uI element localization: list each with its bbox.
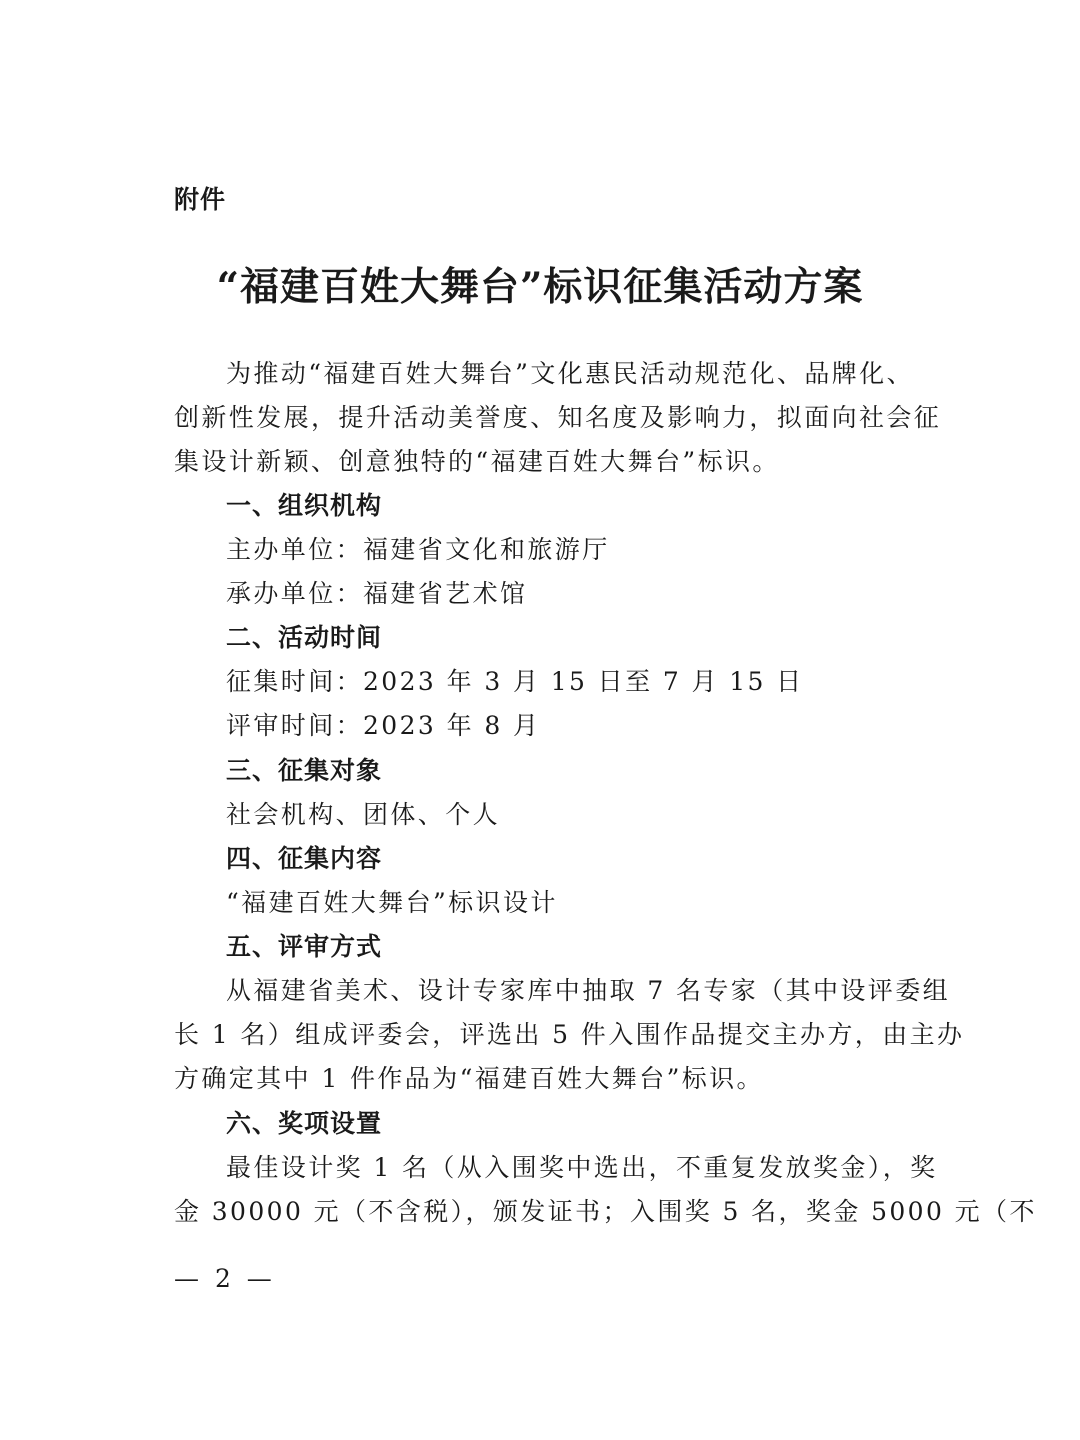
section-heading: 一、组织机构 (174, 484, 956, 528)
section-line: 方确定其中 1 件作品为“福建百姓大舞台”标识。 (174, 1057, 904, 1101)
section-line: 征集时间：2023 年 3 月 15 日至 7 月 15 日 (174, 660, 956, 704)
section-line: 最佳设计奖 1 名（从入围奖中选出，不重复发放奖金），奖 (174, 1146, 956, 1190)
section-heading: 三、征集对象 (174, 749, 956, 793)
intro-line: 为推动“福建百姓大舞台”文化惠民活动规范化、品牌化、 (174, 352, 956, 396)
section-line: 承办单位：福建省艺术馆 (174, 572, 956, 616)
section-line: “福建百姓大舞台”标识设计 (174, 881, 956, 925)
document-title: “福建百姓大舞台”标识征集活动方案 (0, 256, 1080, 312)
section-line: 社会机构、团体、个人 (174, 793, 956, 837)
section-line: 评审时间：2023 年 8 月 (174, 704, 956, 748)
section-heading: 六、奖项设置 (174, 1102, 956, 1146)
page-number: — 2 — (174, 1264, 276, 1293)
section-line: 金 30000 元（不含税），颁发证书；入围奖 5 名，奖金 5000 元（不 (174, 1190, 904, 1234)
document-page: 附件 “福建百姓大舞台”标识征集活动方案 为推动“福建百姓大舞台”文化惠民活动规… (0, 0, 1080, 1440)
section-line: 长 1 名）组成评委会，评选出 5 件入围作品提交主办方，由主办 (174, 1013, 904, 1057)
intro-line: 创新性发展，提升活动美誉度、知名度及影响力，拟面向社会征 (174, 396, 904, 440)
intro-line: 集设计新颖、创意独特的“福建百姓大舞台”标识。 (174, 440, 904, 484)
section-heading: 四、征集内容 (174, 837, 956, 881)
section-line: 从福建省美术、设计专家库中抽取 7 名专家（其中设评委组 (174, 969, 956, 1013)
section-heading: 二、活动时间 (174, 616, 956, 660)
section-heading: 五、评审方式 (174, 925, 956, 969)
section-line: 主办单位：福建省文化和旅游厅 (174, 528, 956, 572)
attachment-label: 附件 (174, 180, 226, 216)
